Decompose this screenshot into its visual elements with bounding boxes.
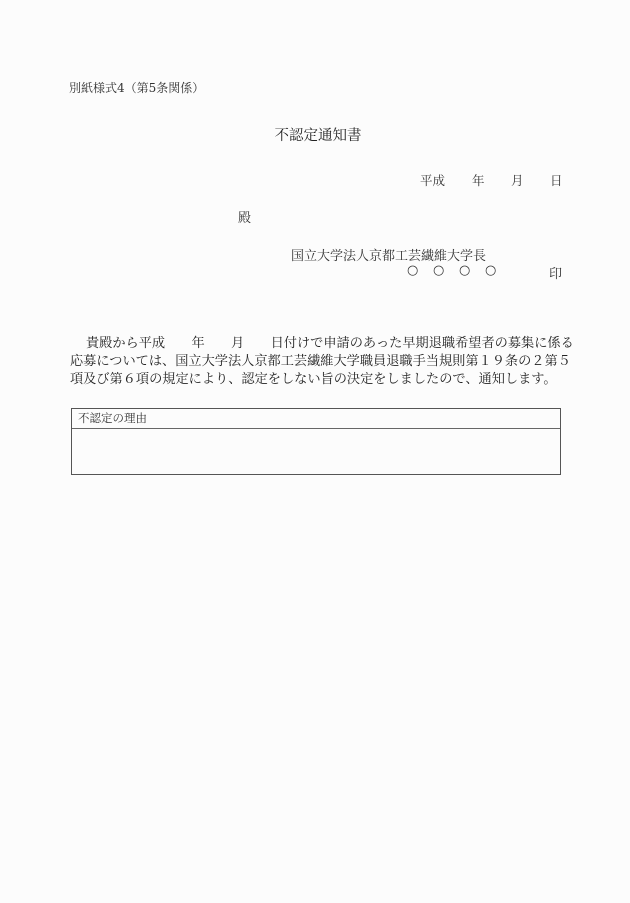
body-line: 項及び第６項の規定により、認定をしない旨の決定をしましたので、通知します。 — [70, 371, 564, 389]
reason-box: 不認定の理由 — [71, 408, 561, 475]
reason-header: 不認定の理由 — [72, 409, 560, 429]
date-day-unit: 日 — [550, 171, 563, 189]
notice-body: 貴殿から平成 年 月 日付けで申請のあった早期退職希望者の募集に係る 応募につい… — [70, 335, 564, 389]
addressee: 殿 — [238, 207, 251, 226]
sender-organization: 国立大学法人京都工芸繊維大学長 — [291, 245, 486, 264]
name-placeholder: ○ — [485, 263, 496, 278]
body-line: 応募については、国立大学法人京都工芸繊維大学職員退職手当規則第１９条の２第５ — [70, 353, 564, 371]
body-line: 貴殿から平成 年 月 日付けで申請のあった早期退職希望者の募集に係る — [70, 335, 564, 353]
document-title: 不認定通知書 — [0, 124, 630, 145]
date-year-unit: 年 — [472, 171, 485, 189]
name-placeholder: ○ — [459, 263, 470, 278]
name-placeholder: ○ — [407, 263, 418, 278]
reason-content — [72, 429, 560, 473]
date-month-unit: 月 — [511, 171, 524, 189]
form-label: 別紙様式4（第5条関係） — [69, 79, 204, 96]
name-placeholder: ○ — [433, 263, 444, 278]
seal-mark: 印 — [549, 263, 562, 282]
date-era: 平成 — [420, 171, 445, 189]
